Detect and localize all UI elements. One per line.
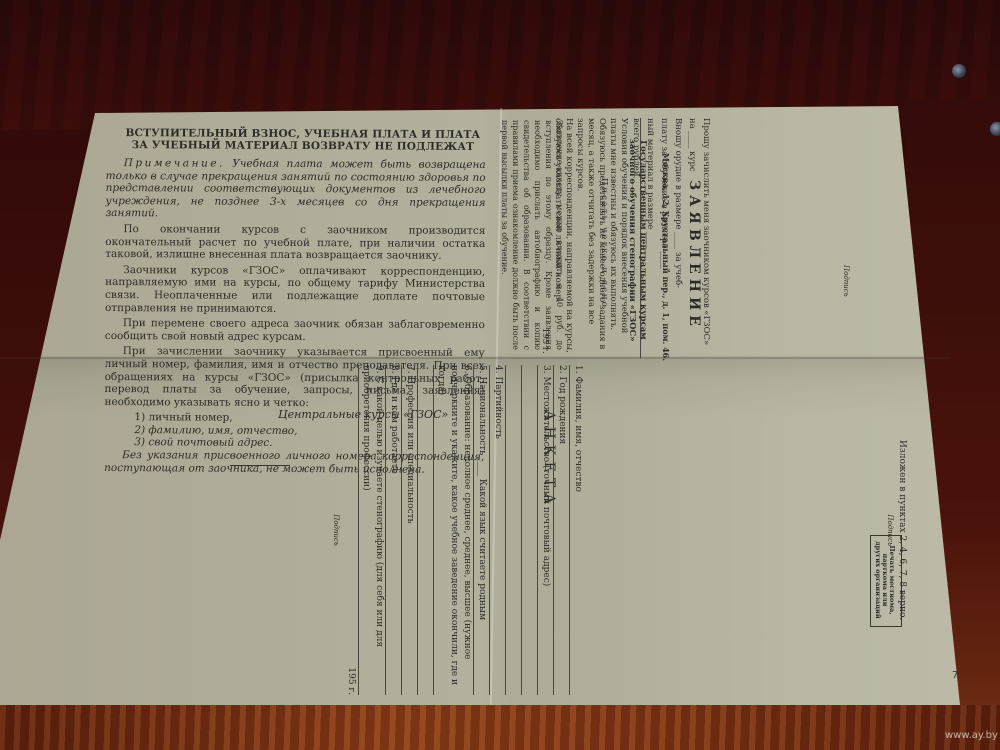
questionnaire-date: 195 г. [343, 365, 358, 695]
application-line: на ____ курс [685, 118, 699, 354]
screw-icon [952, 64, 966, 78]
application-line: Условия обучения и порядок внесения учеб… [607, 118, 629, 354]
field-workplace[interactable]: 8. Где и кем работаете [385, 365, 401, 695]
field-party[interactable]: 4. Партийность [489, 365, 505, 695]
field-residence-line[interactable] [521, 365, 537, 695]
watermark: www.ay.by [945, 730, 998, 741]
application-body: Прошу зачислить меня заочником курсов «Г… [538, 118, 713, 354]
terms-heading: Вступительный взнос, учебная плата и пла… [120, 127, 486, 153]
application-signature-label: Подпись [840, 265, 852, 297]
field-full-name[interactable]: 1. Фамилия, имя, отчество [569, 365, 585, 695]
application-line: всего рублей ____ [629, 118, 643, 354]
questionnaire-form: 1. Фамилия, имя, отчество 2. Год рождени… [328, 365, 585, 695]
application-date: 195 г. [538, 118, 552, 354]
application-line: Обязуюсь представлять не менее одного за… [574, 118, 607, 354]
application-line: Прошу зачислить меня заочником курсов «Г… [699, 118, 713, 354]
verification-text: Изложен в пунктах 2, 4, 6, 7, 8 верно. [896, 440, 908, 620]
field-profession[interactable]: 7. Профессия или специальность [401, 365, 417, 695]
verification-statement: Изложен в пунктах 2, 4, 6, 7, 8 верно. П… [884, 440, 908, 620]
application-line: плату за обучение в размере ____ [657, 118, 671, 354]
field-residence-line[interactable] [505, 365, 521, 695]
field-birth-year[interactable]: 2. Год рождения [553, 365, 569, 695]
paragraph-postage: Заочники курсов «ГЗОС» оплачивают коррес… [105, 264, 485, 316]
field-purpose[interactable]: 9. С какой целью изучаете стенографию (д… [358, 365, 385, 695]
paragraph-settlement: По окончании курсов с заочником производ… [105, 223, 485, 263]
wood-background-bottom [0, 705, 1000, 750]
note-label: Примечание. [124, 157, 225, 170]
field-education[interactable]: 6. Образование: неполное среднее, средне… [433, 365, 473, 695]
field-residence[interactable]: 3. Местожительство (точный почтовый адре… [537, 365, 553, 695]
screw-icon [990, 122, 1000, 136]
note-paragraph: Примечание. Учебная плата может быть воз… [105, 157, 485, 222]
verification-signature: Подпись [884, 440, 896, 620]
field-education-line[interactable] [417, 365, 433, 695]
application-line: ный материал в размере ____ [643, 118, 657, 354]
application-line: На всей корреспонденции, направляемой на… [552, 118, 574, 354]
questionnaire-signature-label: Подпись [328, 365, 343, 695]
page-number: 7 [952, 670, 958, 681]
application-line: Вношу орудие в размере ____ за учеб- [671, 118, 685, 354]
paragraph-address-change: При перемене своего адреса заочник обяза… [105, 317, 485, 344]
field-nationality[interactable]: 5. Национальность ____ Какой язык считае… [473, 365, 489, 695]
signature-line [230, 465, 290, 466]
